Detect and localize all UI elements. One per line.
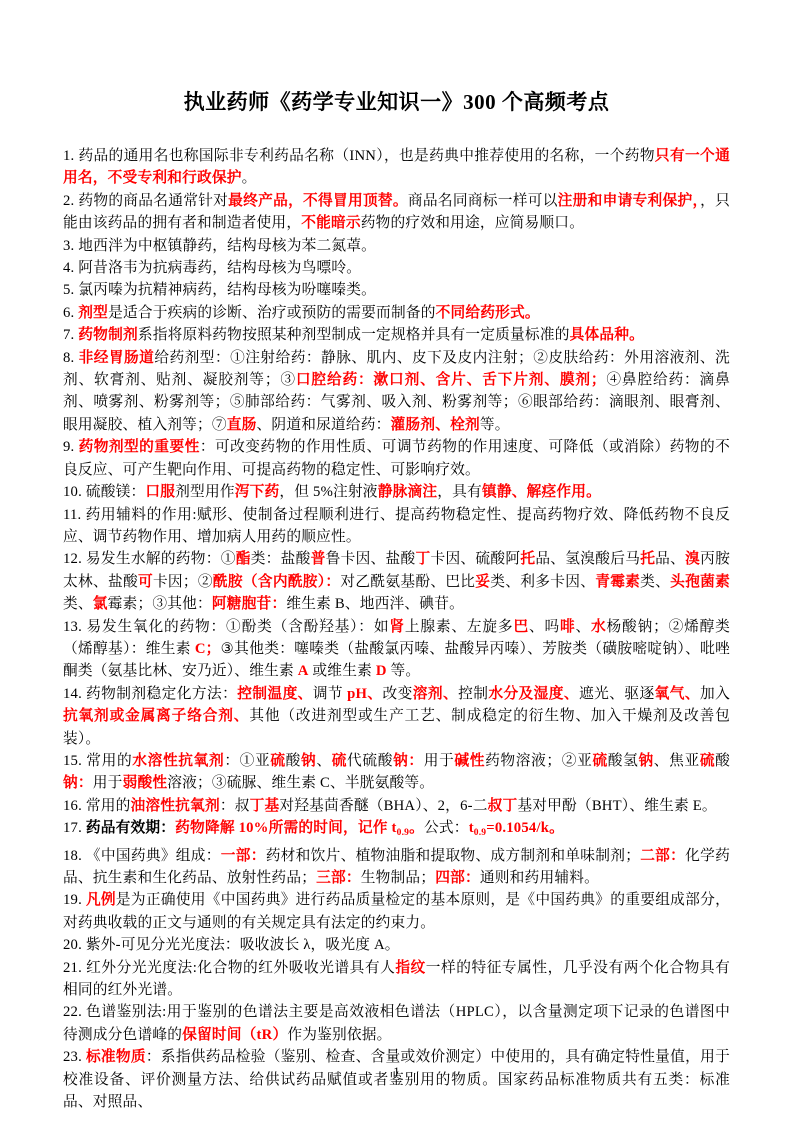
text-run: 20. 紫外-可见分光光度法：吸收波长 λ，吸光度 A。	[63, 937, 400, 953]
text-run: 22. 色谱鉴别法:用于鉴别的色谱法主要是高效液相色谱法（HPLC），以含量测定…	[63, 1004, 730, 1042]
text-run: 对羟基茴香醚（BHA）、2，6-二	[279, 798, 487, 814]
text-run: 碱性	[454, 753, 485, 769]
text-run: 药材和饮片、植物油脂和提取物、成方制剂和单味制剂；	[266, 848, 640, 864]
list-item: 7. 药物制剂系指将原料药物按照某种剂型制成一定规格并具有一定质量标准的具体品种…	[63, 324, 730, 346]
text-run: 溶液；③硫脲、维生素 C、半胱氨酸等。	[167, 775, 434, 791]
text-run: ，具有	[437, 484, 482, 500]
text-run: 公式：	[424, 820, 469, 836]
text-run: 、焦亚	[654, 753, 700, 769]
list-item: 4. 阿昔洛韦为抗病毒药，结构母核为鸟嘌呤。	[63, 257, 730, 279]
text-run: 品、氢溴酸后马	[535, 551, 640, 567]
text-run: 肾	[389, 619, 405, 635]
text-run: 不能暗示	[301, 215, 361, 231]
text-run: 托	[640, 551, 655, 567]
text-run: 直肠	[227, 417, 257, 433]
text-run: 8.	[63, 350, 79, 366]
text-run: 剂型	[78, 305, 108, 321]
text-run: 钠	[638, 753, 653, 769]
text-run: 5. 氯丙嗪为抗精神病药，结构母核为吩噻嗪类。	[63, 282, 376, 298]
text-run: 酰胺（含内酰胺）：	[213, 574, 341, 590]
text-run: 钠：	[63, 775, 93, 791]
text-run: 药物的疗效和用途，应简易顺口。	[361, 215, 584, 231]
text-run: 三部：	[316, 870, 361, 886]
text-run: 硫	[332, 753, 347, 769]
text-run: 类、	[63, 596, 93, 612]
text-run: 水	[591, 619, 607, 635]
list-item: 1. 药品的通用名也称国际非专利药品名称（INN），也是药典中推荐使用的名称，一…	[63, 145, 730, 190]
text-run: 水溶性抗氧剂	[132, 753, 224, 769]
text-run: 二部：	[640, 848, 685, 864]
list-item: 19. 凡例是为正确使用《中国药典》进行药品质量检定的基本原则，是《中国药典》的…	[63, 889, 730, 934]
text-run: 镇静、解痉作用。	[482, 484, 601, 500]
list-item: 20. 紫外-可见分光光度法：吸收波长 λ，吸光度 A。	[63, 934, 730, 956]
list-item: 9. 药物剂型的重要性：可改变药物的作用性质、可调节药物的作用速度、可降低（或消…	[63, 436, 730, 481]
text-run: 类、利多卡因、	[490, 574, 595, 590]
text-run: 叔丁	[488, 798, 518, 814]
text-run: 维生素 B、地西泮、碘苷。	[286, 596, 464, 612]
text-run: 酸氢	[608, 753, 639, 769]
text-run: 抗氧剂或金属离子络合剂、	[63, 708, 249, 724]
text-run: 注册和申请专利保护，	[558, 193, 700, 209]
text-run: 妥	[475, 574, 490, 590]
text-run: D	[376, 663, 387, 679]
text-run: 不同给药形式。	[436, 305, 540, 321]
text-run: 9.	[63, 439, 79, 455]
text-run: 鲁卡因、盐酸	[326, 551, 416, 567]
text-run: 油溶性抗氧剂	[131, 798, 220, 814]
text-run: A	[298, 663, 309, 679]
text-run: pH、	[347, 686, 382, 702]
text-run: 四部：	[435, 870, 480, 886]
text-run: 4. 阿昔洛韦为抗病毒药，结构母核为鸟嘌呤。	[63, 260, 361, 276]
text-run: 代硫酸	[347, 753, 393, 769]
text-run: 类、	[640, 574, 670, 590]
document-page: 执业药师《药学专业知识一》300 个高频考点 1. 药品的通用名也称国际非专利药…	[0, 0, 793, 1122]
text-run: =0.1054/k。	[486, 820, 564, 836]
text-run: 硫	[270, 753, 285, 769]
text-run: ：①亚	[224, 753, 270, 769]
text-run: 药物溶液；②亚	[485, 753, 592, 769]
text-run: 溶剂、	[413, 686, 458, 702]
text-run: 酯	[236, 551, 251, 567]
text-run: 、吗	[529, 619, 560, 635]
text-run: 10. 硫酸镁：	[63, 484, 145, 500]
text-run: 阿糖胞苷：	[212, 596, 286, 612]
text-run: 药物制剂	[78, 327, 138, 343]
text-run: 11. 药用辅料的作用:赋形、使制备过程顺利进行、提高药物稳定性、提高药物疗效、…	[63, 507, 730, 545]
text-run: 啡	[560, 619, 576, 635]
list-item: 8. 非经胃肠道给药剂型：①注射给药：静脉、肌内、皮下及皮内注射；②皮肤给药：外…	[63, 347, 730, 437]
text-run: 23.	[63, 1049, 86, 1065]
text-run: 酸	[715, 753, 730, 769]
text-run: 控制温度、	[237, 686, 313, 702]
text-run: 水分及湿度、	[488, 686, 579, 702]
text-run: 系指将原料药物按照某种剂型制成一定规格并具有一定质量标准的	[138, 327, 570, 343]
text-run: 品、	[655, 551, 685, 567]
text-run: 或维生素	[309, 663, 376, 679]
text-run: 钠	[301, 753, 316, 769]
text-run: 是适合于疾病的诊断、治疗或预防的需要而制备的	[108, 305, 436, 321]
text-run: 丁基	[250, 798, 280, 814]
text-run: ：叔	[220, 798, 250, 814]
text-run: 14. 药物制剂稳定化方法：	[63, 686, 237, 702]
text-run: 托	[520, 551, 535, 567]
text-run: 、阴道和尿道给药：	[257, 417, 391, 433]
text-run: 调节	[313, 686, 347, 702]
text-run: 15. 常用的	[63, 753, 132, 769]
text-run: 硫	[700, 753, 715, 769]
text-run: 等。	[387, 663, 421, 679]
list-item: 2. 药物的商品名通常针对最终产品，不得冒用顶替。商品名同商标一样可以注册和申请…	[63, 190, 730, 235]
text-run: 氧气、	[655, 686, 700, 702]
text-run: 弱酸性	[123, 775, 168, 791]
text-run: 通则和药用辅料。	[480, 870, 599, 886]
text-run: 是为正确使用《中国药典》进行药品质量检定的基本原则，是《中国药典》的重要组成部分…	[63, 892, 730, 930]
text-run: 泻下药	[235, 484, 280, 500]
text-run: 控制	[458, 686, 488, 702]
text-run: 遮光、驱逐	[579, 686, 655, 702]
text-run: 12. 易发生水解的药物：①	[63, 551, 236, 567]
text-run: 具体品种。	[570, 327, 644, 343]
text-run: 加入	[700, 686, 730, 702]
text-run: 类：盐酸	[251, 551, 311, 567]
text-run: 酸	[286, 753, 301, 769]
text-run: 指纹	[395, 960, 425, 976]
text-run: 用于	[93, 775, 123, 791]
text-run: 上腺素、左旋多	[405, 619, 514, 635]
list-item: 6. 剂型是适合于疾病的诊断、治疗或预防的需要而制备的不同给药形式。	[63, 302, 730, 324]
text-run: 口服	[145, 484, 175, 500]
list-item: 18. 《中国药典》组成：一部：药材和饮片、植物油脂和提取物、成方制剂和单味制剂…	[63, 845, 730, 890]
list-item: 10. 硫酸镁：口服剂型用作泻下药，但 5%注射液静脉滴注，具有镇静、解痉作用。	[63, 481, 730, 503]
text-run: 17.	[63, 820, 86, 836]
list-item: 14. 药物制剂稳定化方法：控制温度、调节 pH、改变溶剂、控制水分及湿度、遮光…	[63, 683, 730, 750]
text-run: 1. 药品的通用名也称国际非专利药品名称（INN），也是药典中推荐使用的名称，一…	[63, 148, 655, 164]
text-run: 21. 红外分光光度法:化合物的红外吸收光谱具有人	[63, 960, 395, 976]
text-run: 13. 易发生氧化的药物：①酚类（含酚羟基）：如	[63, 619, 389, 635]
text-run: 丁	[415, 551, 430, 567]
list-item: 16. 常用的油溶性抗氧剂：叔丁基对羟基茴香醚（BHA）、2，6-二叔丁基对甲酚…	[63, 795, 730, 817]
text-run: 2. 药物的商品名通常针对	[63, 193, 228, 209]
list-item: 3. 地西泮为中枢镇静药，结构母核为苯二氮䓬。	[63, 235, 730, 257]
text-run: 商品名同商标一样可以	[408, 193, 558, 209]
text-run: 0.9	[474, 828, 486, 838]
text-run: 。	[242, 170, 257, 186]
page-number: 1	[0, 1064, 793, 1080]
list-item: 5. 氯丙嗪为抗精神病药，结构母核为吩噻嗪类。	[63, 279, 730, 301]
text-run: 静脉滴注	[378, 484, 438, 500]
text-run: 药品有效期：	[86, 820, 175, 836]
text-run: 保留时间（tR）	[182, 1027, 287, 1043]
text-run: 凡例	[86, 892, 116, 908]
text-run: 溴	[685, 551, 700, 567]
text-run: 卡因、硫酸阿	[430, 551, 520, 567]
text-run: 青霉素	[595, 574, 640, 590]
list-item: 21. 红外分光光度法:化合物的红外吸收光谱具有人指纹一样的特征专属性，几乎没有…	[63, 957, 730, 1002]
text-run: 16. 常用的	[63, 798, 131, 814]
text-run: 基对甲酚（BHT）、维生素 E。	[517, 798, 716, 814]
text-run: 药物降解 10%所需的时间，记作 t	[175, 820, 396, 836]
text-run: 等。	[480, 417, 510, 433]
text-run: 标准物质	[86, 1049, 146, 1065]
text-run: 作为鉴别依据。	[287, 1027, 391, 1043]
text-run: 7.	[63, 327, 78, 343]
text-run: 18. 《中国药典》组成：	[63, 848, 221, 864]
list-item: 17. 药品有效期：药物降解 10%所需的时间，记作 t0.9。公式：t0.9=…	[63, 817, 730, 844]
list-item: 12. 易发生水解的药物：①酯类：盐酸普鲁卡因、盐酸丁卡因、硫酸阿托品、氢溴酸后…	[63, 548, 730, 615]
text-run: 6.	[63, 305, 78, 321]
text-run: 巴	[513, 619, 529, 635]
list-item: 22. 色谱鉴别法:用于鉴别的色谱法主要是高效液相色谱法（HPLC），以含量测定…	[63, 1001, 730, 1046]
page-title: 执业药师《药学专业知识一》300 个高频考点	[63, 86, 730, 116]
text-run: 生物制品；	[361, 870, 435, 886]
text-run: 口腔给药：漱口剂、含片、舌下片剂、膜剂；	[296, 372, 606, 388]
text-run: 可	[138, 574, 153, 590]
list-item: 13. 易发生氧化的药物：①酚类（含酚羟基）：如肾上腺素、左旋多巴、吗啡、水杨酸…	[63, 616, 730, 683]
text-run: ，但 5%注射液	[279, 484, 377, 500]
text-run: 19.	[63, 892, 86, 908]
text-run: 用于	[424, 753, 455, 769]
text-run: 最终产品，不得冒用顶替。	[228, 193, 408, 209]
text-run: 普	[311, 551, 326, 567]
text-run: 灌肠剂、栓剂	[391, 417, 480, 433]
items-list: 1. 药品的通用名也称国际非专利药品名称（INN），也是药典中推荐使用的名称，一…	[63, 145, 730, 1113]
text-run: 氯	[93, 596, 108, 612]
text-run: 。	[409, 820, 424, 836]
text-run: 硫	[592, 753, 607, 769]
text-run: 、	[316, 753, 331, 769]
text-run: 对乙酰氨基酚、巴比	[340, 574, 475, 590]
text-run: 一部：	[221, 848, 266, 864]
list-item: 11. 药用辅料的作用:赋形、使制备过程顺利进行、提高药物稳定性、提高药物疗效、…	[63, 504, 730, 549]
text-run: 药物剂型的重要性	[79, 439, 200, 455]
text-run: C；	[195, 641, 221, 657]
text-run: 头孢菌素	[670, 574, 730, 590]
text-run: 剂型用作	[175, 484, 235, 500]
text-run: 非经胃肠道	[79, 350, 155, 366]
text-run: 卡因；②	[153, 574, 213, 590]
text-run: 改变	[383, 686, 413, 702]
text-run: 、	[576, 619, 592, 635]
text-run: 3. 地西泮为中枢镇静药，结构母核为苯二氮䓬。	[63, 238, 376, 254]
text-run: 0.9	[397, 828, 409, 838]
list-item: 15. 常用的水溶性抗氧剂：①亚硫酸钠、硫代硫酸钠：用于碱性药物溶液；②亚硫酸氢…	[63, 750, 730, 795]
text-run: 霉素；③其他：	[108, 596, 212, 612]
text-run: 钠：	[393, 753, 424, 769]
